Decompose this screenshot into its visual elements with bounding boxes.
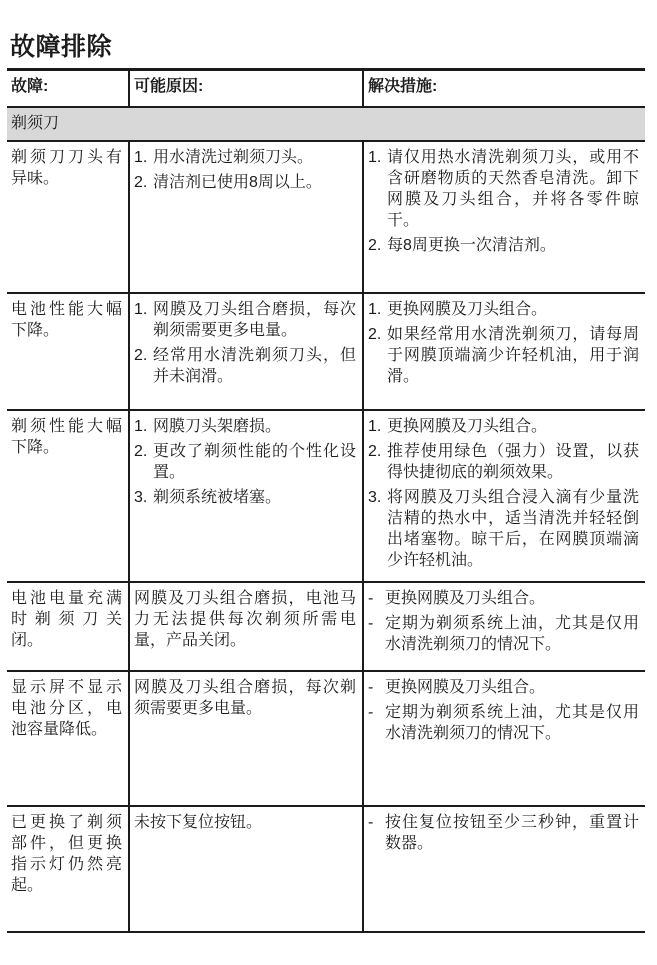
list-item: 1. 更换网膜及刀头组合。 [368, 416, 639, 437]
cause-cell: 未按下复位按钮。 [129, 806, 363, 932]
list-item-marker: 1. [134, 147, 153, 168]
table-row: 剃须性能大幅下降。 1. 网膜刀头架磨损。 2. 更改了剃须性能的个性化设置。 … [7, 410, 645, 582]
fault-cell: 电池性能大幅下降。 [7, 293, 129, 410]
list-item-marker: 2. [134, 345, 153, 387]
list-item: 2. 经常用水清洗剃须刀头，但并未润滑。 [134, 345, 356, 387]
solution-cell: 1. 更换网膜及刀头组合。 2. 如果经常用水清洗剃须刀，请每周于网膜顶端滴少许… [363, 293, 645, 410]
list-item-text: 网膜及刀头组合磨损，电池马力无法提供每次剃须所需电量，产品关闭。 [134, 588, 356, 651]
list-item: 2. 每8周更换一次清洁剂。 [368, 235, 639, 256]
solution-cell: - 更换网膜及刀头组合。 - 定期为剃须系统上油，尤其是仅用水清洗剃须刀的情况下… [363, 671, 645, 806]
list-item-text: 每8周更换一次清洁剂。 [387, 235, 639, 256]
list-item-marker: 1. [368, 416, 387, 437]
list-item-text: 定期为剃须系统上油，尤其是仅用水清洗剃须刀的情况下。 [385, 702, 639, 744]
list-item-text: 用水清洗过剃须刀头。 [153, 147, 356, 168]
list-item-text: 推荐使用绿色（强力）设置，以获得快捷彻底的剃须效果。 [387, 441, 639, 483]
table-row: 显示屏不显示电池分区，电池容量降低。 网膜及刀头组合磨损，每次剃须需要更多电量。… [7, 671, 645, 806]
list-item-marker: 1. [134, 416, 153, 437]
list-item-marker: 3. [134, 487, 153, 508]
list-item-marker: - [368, 677, 385, 698]
column-header-solution: 解决措施: [363, 70, 645, 108]
list-item: 未按下复位按钮。 [134, 812, 356, 833]
section-label: 剃须刀 [7, 107, 645, 141]
list-item-marker: 1. [134, 299, 153, 341]
list-item: 2. 更改了剃须性能的个性化设置。 [134, 441, 356, 483]
list-item-text: 剃须系统被堵塞。 [153, 487, 356, 508]
solution-cell: - 更换网膜及刀头组合。 - 定期为剃须系统上油，尤其是仅用水清洗剃须刀的情况下… [363, 582, 645, 671]
list-item-marker: 2. [368, 235, 387, 256]
list-item: - 更换网膜及刀头组合。 [368, 677, 639, 698]
list-item-marker: 1. [368, 299, 387, 320]
list-item: 网膜及刀头组合磨损，电池马力无法提供每次剃须所需电量，产品关闭。 [134, 588, 356, 651]
solution-cell: 1. 请仅用热水清洗剃须刀头，或用不含研磨物质的天然香皂清洗。卸下网膜及刀头组合… [363, 141, 645, 293]
list-item-text: 未按下复位按钮。 [134, 812, 356, 833]
cause-cell: 网膜及刀头组合磨损，电池马力无法提供每次剃须所需电量，产品关闭。 [129, 582, 363, 671]
list-item-text: 网膜及刀头组合磨损，每次剃须需要更多电量。 [134, 677, 356, 719]
list-item: - 定期为剃须系统上油，尤其是仅用水清洗剃须刀的情况下。 [368, 613, 639, 655]
solution-cell: 1. 更换网膜及刀头组合。 2. 推荐使用绿色（强力）设置，以获得快捷彻底的剃须… [363, 410, 645, 582]
list-item-text: 更改了剃须性能的个性化设置。 [153, 441, 356, 483]
list-item: 3. 将网膜及刀头组合浸入滴有少量洗洁精的热水中，适当清洗并轻轻倒出堵塞物。晾干… [368, 487, 639, 571]
fault-cell: 显示屏不显示电池分区，电池容量降低。 [7, 671, 129, 806]
list-item-marker: 3. [368, 487, 387, 571]
troubleshooting-table: 故障: 可能原因: 解决措施: 剃须刀 剃须刀刀头有异味。 1. 用水清洗过剃须… [7, 68, 645, 933]
list-item-marker: 2. [368, 324, 387, 387]
list-item: 1. 请仅用热水清洗剃须刀头，或用不含研磨物质的天然香皂清洗。卸下网膜及刀头组合… [368, 147, 639, 231]
page-title: 故障排除 [10, 27, 112, 63]
list-item-text: 更换网膜及刀头组合。 [387, 416, 639, 437]
cause-cell: 1. 用水清洗过剃须刀头。 2. 清洁剂已使用8周以上。 [129, 141, 363, 293]
list-item: 2. 如果经常用水清洗剃须刀，请每周于网膜顶端滴少许轻机油，用于润滑。 [368, 324, 639, 387]
cause-cell: 1. 网膜刀头架磨损。 2. 更改了剃须性能的个性化设置。 3. 剃须系统被堵塞… [129, 410, 363, 582]
list-item-text: 定期为剃须系统上油，尤其是仅用水清洗剃须刀的情况下。 [385, 613, 639, 655]
table-row: 已更换了剃须部件，但更换指示灯仍然亮起。 未按下复位按钮。 - 按住复位按钮至少… [7, 806, 645, 932]
list-item-text: 网膜及刀头组合磨损，每次剃须需要更多电量。 [153, 299, 356, 341]
table-row: 剃须刀刀头有异味。 1. 用水清洗过剃须刀头。 2. 清洁剂已使用8周以上。 1… [7, 141, 645, 293]
section-row-shaver: 剃须刀 [7, 107, 645, 141]
fault-cell: 剃须性能大幅下降。 [7, 410, 129, 582]
fault-cell: 剃须刀刀头有异味。 [7, 141, 129, 293]
list-item-marker: 2. [368, 441, 387, 483]
table-header-row: 故障: 可能原因: 解决措施: [7, 70, 645, 108]
table-row: 电池电量充满时剃须刀关闭。 网膜及刀头组合磨损，电池马力无法提供每次剃须所需电量… [7, 582, 645, 671]
list-item: - 按住复位按钮至少三秒钟，重置计数器。 [368, 812, 639, 854]
list-item: 1. 用水清洗过剃须刀头。 [134, 147, 356, 168]
list-item: - 更换网膜及刀头组合。 [368, 588, 639, 609]
list-item-marker: - [368, 588, 385, 609]
list-item-marker: - [368, 613, 385, 655]
list-item-text: 按住复位按钮至少三秒钟，重置计数器。 [385, 812, 639, 854]
list-item: - 定期为剃须系统上油，尤其是仅用水清洗剃须刀的情况下。 [368, 702, 639, 744]
list-item: 2. 推荐使用绿色（强力）设置，以获得快捷彻底的剃须效果。 [368, 441, 639, 483]
list-item-text: 如果经常用水清洗剃须刀，请每周于网膜顶端滴少许轻机油，用于润滑。 [387, 324, 639, 387]
list-item: 2. 清洁剂已使用8周以上。 [134, 172, 356, 193]
list-item: 网膜及刀头组合磨损，每次剃须需要更多电量。 [134, 677, 356, 719]
list-item: 3. 剃须系统被堵塞。 [134, 487, 356, 508]
list-item-marker: 2. [134, 441, 153, 483]
list-item-text: 更换网膜及刀头组合。 [385, 677, 639, 698]
column-header-cause: 可能原因: [129, 70, 363, 108]
column-header-fault: 故障: [7, 70, 129, 108]
list-item-marker: - [368, 812, 385, 854]
list-item: 1. 网膜刀头架磨损。 [134, 416, 356, 437]
list-item: 1. 网膜及刀头组合磨损，每次剃须需要更多电量。 [134, 299, 356, 341]
list-item-text: 更换网膜及刀头组合。 [385, 588, 639, 609]
list-item-marker: - [368, 702, 385, 744]
list-item-text: 清洁剂已使用8周以上。 [153, 172, 356, 193]
list-item-text: 将网膜及刀头组合浸入滴有少量洗洁精的热水中，适当清洗并轻轻倒出堵塞物。晾干后，在… [387, 487, 639, 571]
fault-cell: 已更换了剃须部件，但更换指示灯仍然亮起。 [7, 806, 129, 932]
list-item-text: 网膜刀头架磨损。 [153, 416, 356, 437]
solution-cell: - 按住复位按钮至少三秒钟，重置计数器。 [363, 806, 645, 932]
fault-cell: 电池电量充满时剃须刀关闭。 [7, 582, 129, 671]
manual-page: 故障排除 故障: 可能原因: 解决措施: 剃须刀 剃须刀刀头有异味。 1. 用水… [0, 0, 657, 965]
cause-cell: 1. 网膜及刀头组合磨损，每次剃须需要更多电量。 2. 经常用水清洗剃须刀头，但… [129, 293, 363, 410]
table-row: 电池性能大幅下降。 1. 网膜及刀头组合磨损，每次剃须需要更多电量。 2. 经常… [7, 293, 645, 410]
list-item-marker: 2. [134, 172, 153, 193]
list-item-text: 请仅用热水清洗剃须刀头，或用不含研磨物质的天然香皂清洗。卸下网膜及刀头组合，并将… [387, 147, 639, 231]
list-item-marker: 1. [368, 147, 387, 231]
list-item-text: 更换网膜及刀头组合。 [387, 299, 639, 320]
cause-cell: 网膜及刀头组合磨损，每次剃须需要更多电量。 [129, 671, 363, 806]
list-item-text: 经常用水清洗剃须刀头，但并未润滑。 [153, 345, 356, 387]
list-item: 1. 更换网膜及刀头组合。 [368, 299, 639, 320]
